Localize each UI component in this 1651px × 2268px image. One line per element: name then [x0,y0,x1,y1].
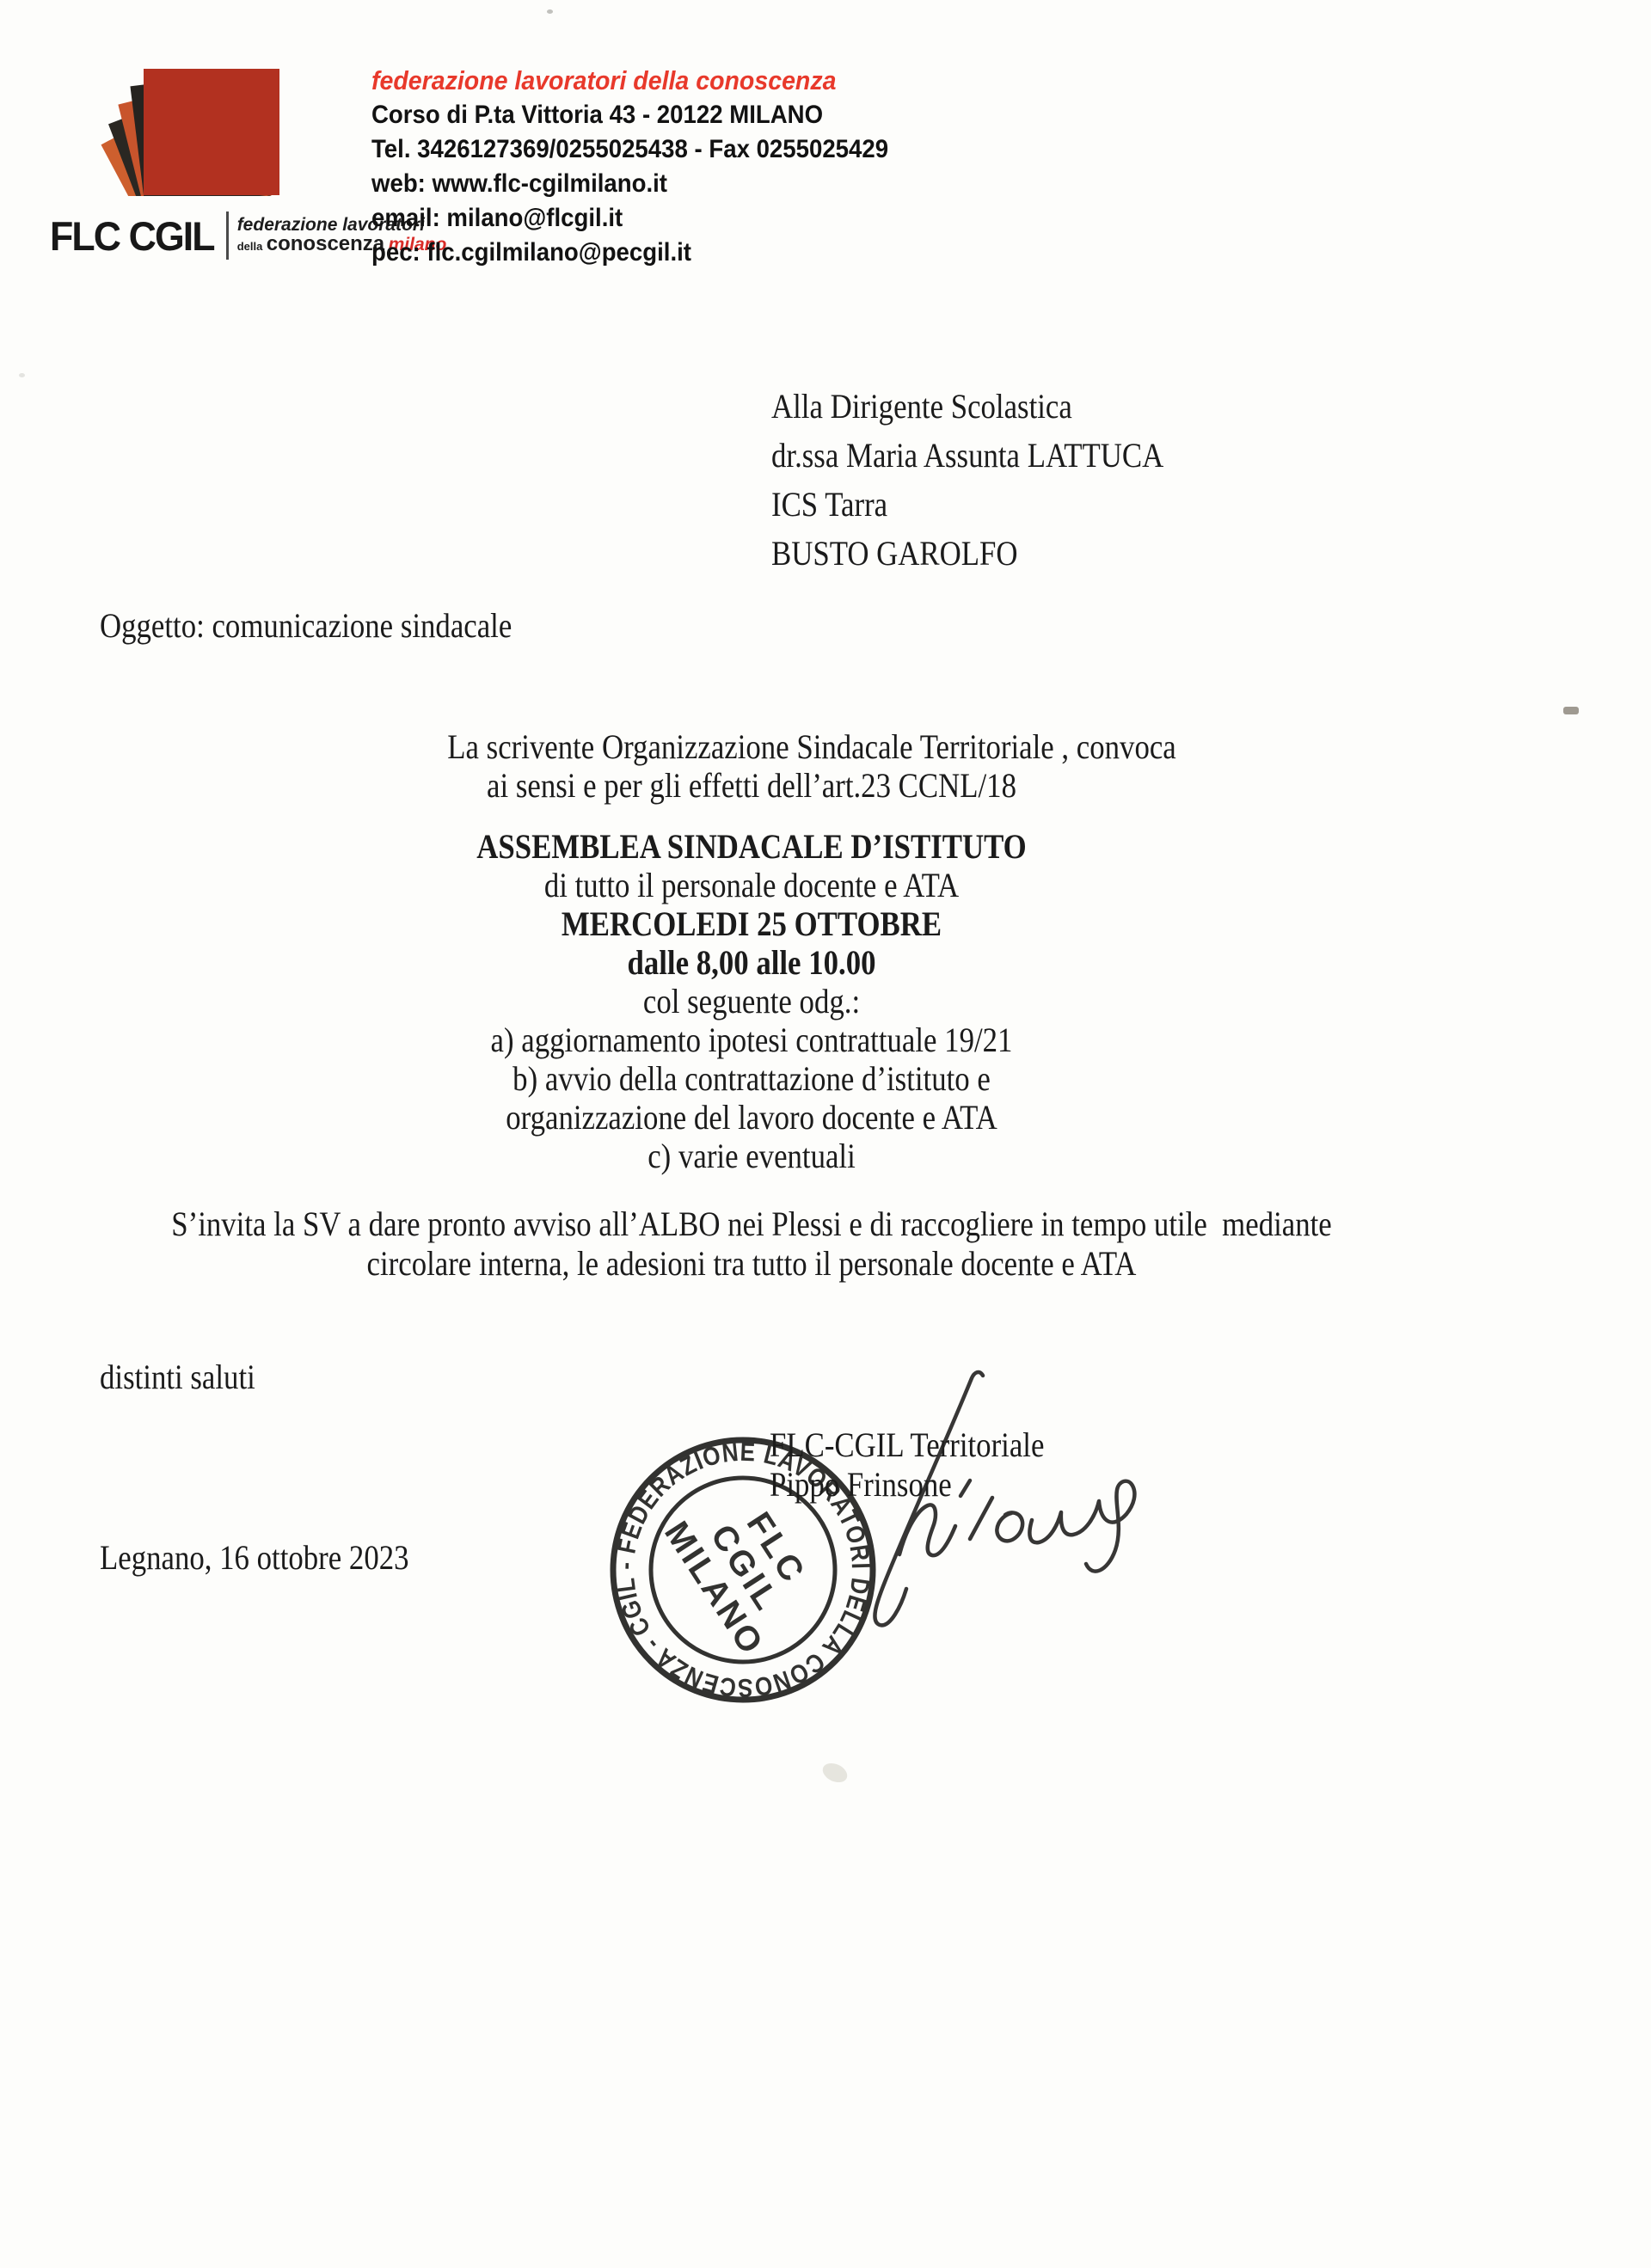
intro-line-1: La scrivente Organizzazione Sindacale Te… [213,727,1410,766]
assembly-title: ASSEMBLEA SINDACALE D’ISTITUTO [153,827,1350,866]
web-line: web: www.flc-cgilmilano.it [371,167,888,201]
flc-cgil-flag-logo [90,67,281,196]
place-date-line: Legnano, 16 ottobre 2023 [100,1537,409,1578]
recipient-line: dr.ssa Maria Assunta LATTUCA [771,431,1163,480]
assembly-subtitle: di tutto il personale docente e ATA [153,866,1350,904]
agenda-item-c: c) varie eventuali [153,1137,1350,1175]
pec-line: pec: flc.cgilmilano@pecgil.it [371,236,888,270]
recipient-block: Alla Dirigente Scolastica dr.ssa Maria A… [771,382,1163,578]
recipient-line: BUSTO GAROLFO [771,529,1163,578]
subject-line: Oggetto: comunicazione sindacale [100,605,512,646]
notice-line-1: S’invita la SV a dare pronto avviso all’… [153,1204,1350,1244]
logo-tagline-della: della [237,240,263,253]
scan-speck [547,9,553,14]
recipient-line: ICS Tarra [771,480,1163,529]
scan-speck [19,373,25,377]
spacer [64,805,1439,827]
agenda-item-a: a) aggiornamento ipotesi contrattuale 19… [153,1021,1350,1059]
salutation: distinti saluti [100,1357,255,1397]
flc-cgil-round-stamp: - FEDERAZIONE LAVORATORI DELLA CONOSCENZ… [605,1431,881,1708]
notice-paragraph: S’invita la SV a dare pronto avviso all’… [64,1204,1439,1284]
recipient-line: Alla Dirigente Scolastica [771,382,1163,431]
address-line: Corso di P.ta Vittoria 43 - 20122 MILANO [371,98,888,132]
scan-speck [1563,707,1579,714]
phone-line: Tel. 3426127369/0255025438 - Fax 0255025… [371,132,888,167]
assembly-date: MERCOLEDI 25 OTTOBRE [153,904,1350,943]
logo-brand-text: FLC CGIL [50,212,214,260]
scanned-letter-page: FLC CGIL federazione lavoratori della co… [0,0,1651,2268]
agenda-intro: col seguente odg.: [153,982,1350,1021]
notice-line-2: circolare interna, le adesioni tra tutto… [153,1244,1350,1284]
email-line: email: milano@flcgil.it [371,201,888,236]
logo-tagline-word: conoscenza [267,232,384,255]
letter-body: La scrivente Organizzazione Sindacale Te… [64,727,1439,1175]
agenda-item-b-line2: organizzazione del lavoro docente e ATA [153,1098,1350,1137]
agenda-item-b-line1: b) avvio della contrattazione d’istituto… [153,1059,1350,1098]
intro-line-2: ai sensi e per gli effetti dell’art.23 C… [153,766,1350,805]
logo-divider [226,211,229,260]
federation-title: federazione lavoratori della conoscenza [371,64,888,98]
flag-red-square [144,69,279,195]
assembly-time: dalle 8,00 alle 10.00 [153,943,1350,982]
scan-smudge [819,1760,850,1787]
letterhead-contact-block: federazione lavoratori della conoscenza … [371,64,888,270]
